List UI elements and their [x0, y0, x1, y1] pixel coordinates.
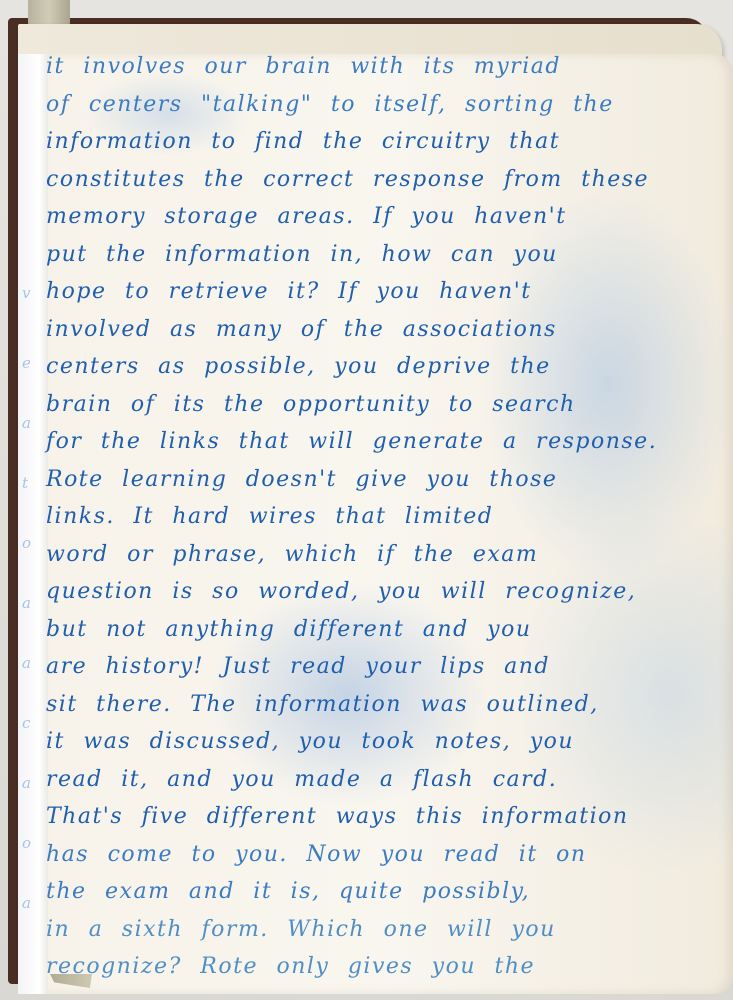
text-line: read it, and you made a flash card. [46, 761, 706, 799]
text-line: of centers "talking" to itself, sorting … [46, 86, 706, 124]
text-line: question is so worded, you will recogniz… [46, 573, 706, 611]
left-page-fragment: o [22, 534, 31, 552]
text-line: links. It hard wires that limited [46, 498, 706, 536]
left-facing-page-edge: v e a t o a a c a o a [18, 54, 49, 994]
text-line: sit there. The information was outlined, [46, 686, 706, 724]
left-page-fragment: v [22, 284, 30, 302]
notebook-photo: v e a t o a a c a o a it involves our br… [0, 0, 733, 1000]
text-line: put the information in, how can you [46, 236, 706, 274]
text-line: it was discussed, you took notes, you [46, 723, 706, 761]
left-page-fragment: a [22, 654, 31, 672]
text-line: hope to retrieve it? If you haven't [46, 273, 706, 311]
handwritten-text: it involves our brain with its myriad of… [46, 48, 706, 986]
text-line: constitutes the correct response from th… [46, 161, 706, 199]
text-line: has come to you. Now you read it on [46, 836, 706, 874]
text-line: it involves our brain with its myriad [46, 48, 706, 86]
left-page-fragment: o [22, 834, 31, 852]
text-line: memory storage areas. If you haven't [46, 198, 706, 236]
text-line: in a sixth form. Which one will you [46, 911, 706, 949]
text-line: involved as many of the associations [46, 311, 706, 349]
text-line: centers as possible, you deprive the [46, 348, 706, 386]
text-line: information to find the circuitry that [46, 123, 706, 161]
left-page-fragment: e [22, 354, 31, 372]
left-page-fragment: a [22, 774, 31, 792]
text-line: brain of its the opportunity to search [46, 386, 706, 424]
text-line: word or phrase, which if the exam [46, 536, 706, 574]
text-line: That's five different ways this informat… [46, 798, 706, 836]
left-page-fragment: a [22, 894, 31, 912]
text-line: the exam and it is, quite possibly, [46, 873, 706, 911]
left-page-fragment: a [22, 594, 31, 612]
left-page-fragment: a [22, 414, 31, 432]
text-line: but not anything different and you [46, 611, 706, 649]
text-line: recognize? Rote only gives you the [46, 948, 706, 986]
left-page-fragment: t [22, 474, 28, 492]
text-line: are history! Just read your lips and [46, 648, 706, 686]
text-line: for the links that will generate a respo… [46, 423, 706, 461]
text-line: Rote learning doesn't give you those [46, 461, 706, 499]
left-page-fragment: c [22, 714, 30, 732]
